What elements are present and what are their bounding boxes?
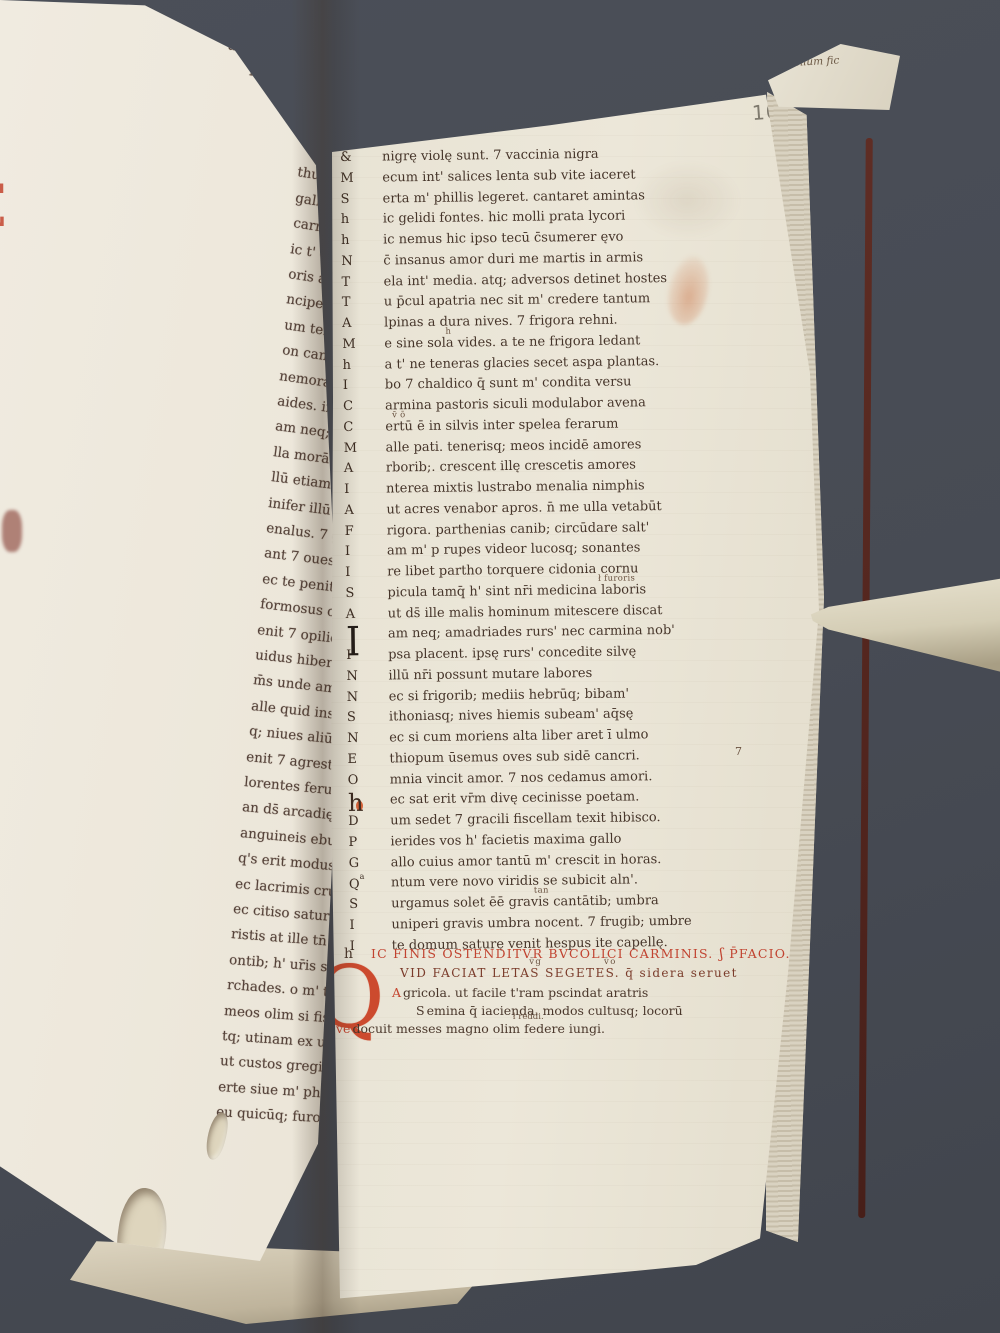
argument-text: gricola. ut facile t'ram pscindat aratri… — [403, 985, 648, 1000]
interlinear-gloss: ł reddi. — [513, 1012, 544, 1022]
argument-text: docuit messes magno olim federe iungi. — [352, 1021, 604, 1036]
argument-text: VID FACIAT LETAS SEGETES. q̄ sidera seru… — [400, 966, 738, 980]
argument-text: emina q̄ iacienda. modos cultusq; locorū — [427, 1003, 683, 1018]
bone-pointer — [805, 568, 1000, 676]
argument-line: Semina q̄ iacienda. modos cultusq; locor… — [416, 1003, 683, 1023]
argument-initial: A — [392, 985, 403, 1000]
interlinear-gloss: v̄g — [529, 957, 542, 967]
argument-initial: ve — [336, 1021, 352, 1036]
top-margin-inscription: omnium fic — [780, 54, 840, 69]
argument-line: vedocuit messes magno olim federe iungi.… — [336, 1021, 605, 1041]
interlinear-gloss: v̄o — [604, 957, 617, 967]
argument-initial: S — [416, 1003, 427, 1018]
red-ink-blotch — [2, 510, 22, 552]
book-cover-edge — [858, 138, 873, 1218]
argument-line: Agricola. ut facile t'ram pscindat aratr… — [392, 985, 648, 1005]
argument-line: VID FACIAT LETAS SEGETES. q̄ sidera seru… — [400, 966, 738, 986]
manuscript-photo: men ueniemus in urbem,uiam ne colligat a… — [0, 0, 1000, 1333]
left-page-initial-e: E — [0, 172, 8, 240]
page-corner-tip: omnium fic — [768, 44, 900, 110]
rubric-text: egloga. x. con — [292, 114, 398, 147]
